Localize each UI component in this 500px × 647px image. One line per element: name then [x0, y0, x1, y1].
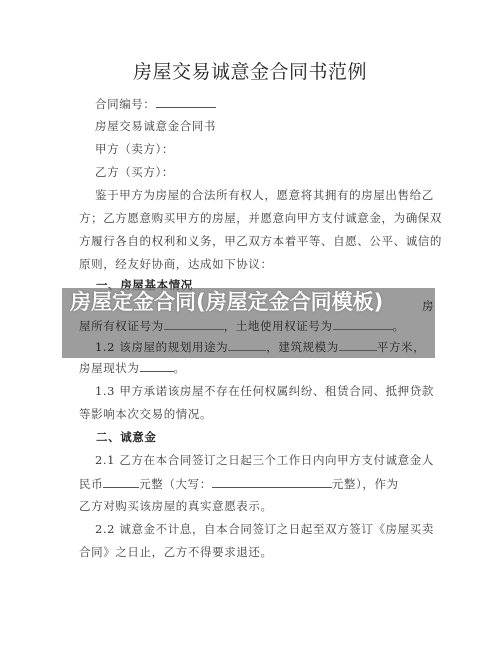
scale-label: ，建筑规模为 [266, 340, 339, 354]
document-title: 房屋交易诚意金合同书范例 [0, 57, 500, 84]
usage-label: 1.2 该房屋的规划用途为 [95, 340, 228, 354]
cert-label: 屋所有权证号为 [79, 319, 164, 333]
section-1-3: 1.3 甲方承诺该房屋不存在任何权属纠纷、租赁合同、抵押贷款 [95, 384, 415, 398]
amount-blank [103, 476, 139, 488]
section-2-2-cont: 合同》之日止，乙方不得要求退还。 [79, 545, 399, 559]
scale-blank [339, 339, 377, 351]
section-1-2-cont: 房屋现状为。 [79, 360, 399, 375]
contract-number-blank [156, 96, 216, 108]
section-2-heading: 二、诚意金 [96, 430, 416, 444]
period: 。 [174, 361, 186, 375]
usage-blank [228, 339, 266, 351]
overlay-title: 房屋定金合同(房屋定金合同模板) [70, 290, 440, 315]
period: 。 [393, 319, 405, 333]
preamble-line-3: 方履行各自的权利和义务，甲乙双方本着平等、自愿、公平、诚信的 [79, 234, 399, 248]
preamble-line-1: 鉴于甲方为房屋的合法所有权人，愿意将其拥有的房屋出售给乙 [95, 188, 415, 202]
capital-label: 元整（大写： [139, 477, 212, 491]
rmb-label: 民币 [79, 477, 103, 491]
status-blank [140, 360, 174, 372]
land-cert-label: ，土地使用权证号为 [224, 319, 333, 333]
capital-amount-blank [212, 476, 332, 488]
preamble-line-2: 方；乙方愿意购买甲方的房屋，并愿意向甲方支付诚意金，为确保双 [79, 211, 399, 225]
doc-name: 房屋交易诚意金合同书 [95, 119, 415, 133]
contract-number-line: 合同编号： [95, 96, 415, 111]
party-a-label: 甲方（卖方）： [95, 142, 415, 156]
section-2-1-cont2: 乙方对购买该房屋的真实意愿表示。 [79, 499, 399, 513]
section-1-3-cont: 等影响本次交易的情况。 [79, 407, 399, 421]
sqm-label: 平方米， [377, 340, 425, 354]
property-cert-blank [164, 318, 224, 330]
section-1-2: 1.2 该房屋的规划用途为，建筑规模为平方米， [95, 339, 425, 355]
section-2-1-cont: 民币元整（大写：元整），作为 [79, 476, 399, 491]
contract-number-label: 合同编号： [95, 97, 156, 111]
document-page: 房屋交易诚意金合同书范例 合同编号： 房屋交易诚意金合同书 甲方（卖方）： 乙方… [0, 0, 500, 647]
land-cert-blank [333, 318, 393, 330]
section-1-1-cont: 屋所有权证号为，土地使用权证号为。 [79, 318, 405, 334]
party-b-label: 乙方（买方）： [95, 165, 415, 179]
status-label: 房屋现状为 [79, 361, 140, 375]
section-2-2: 2.2 诚意金不计息，自本合同签订之日起至双方签订《房屋买卖 [95, 522, 415, 536]
preamble-line-4: 原则，经友好协商，达成如下协议： [79, 257, 399, 271]
yuan-label: 元整），作为 [332, 477, 399, 491]
section-2-1: 2.1 乙方在本合同签订之日起三个工作日内向甲方支付诚意金人 [95, 453, 415, 467]
